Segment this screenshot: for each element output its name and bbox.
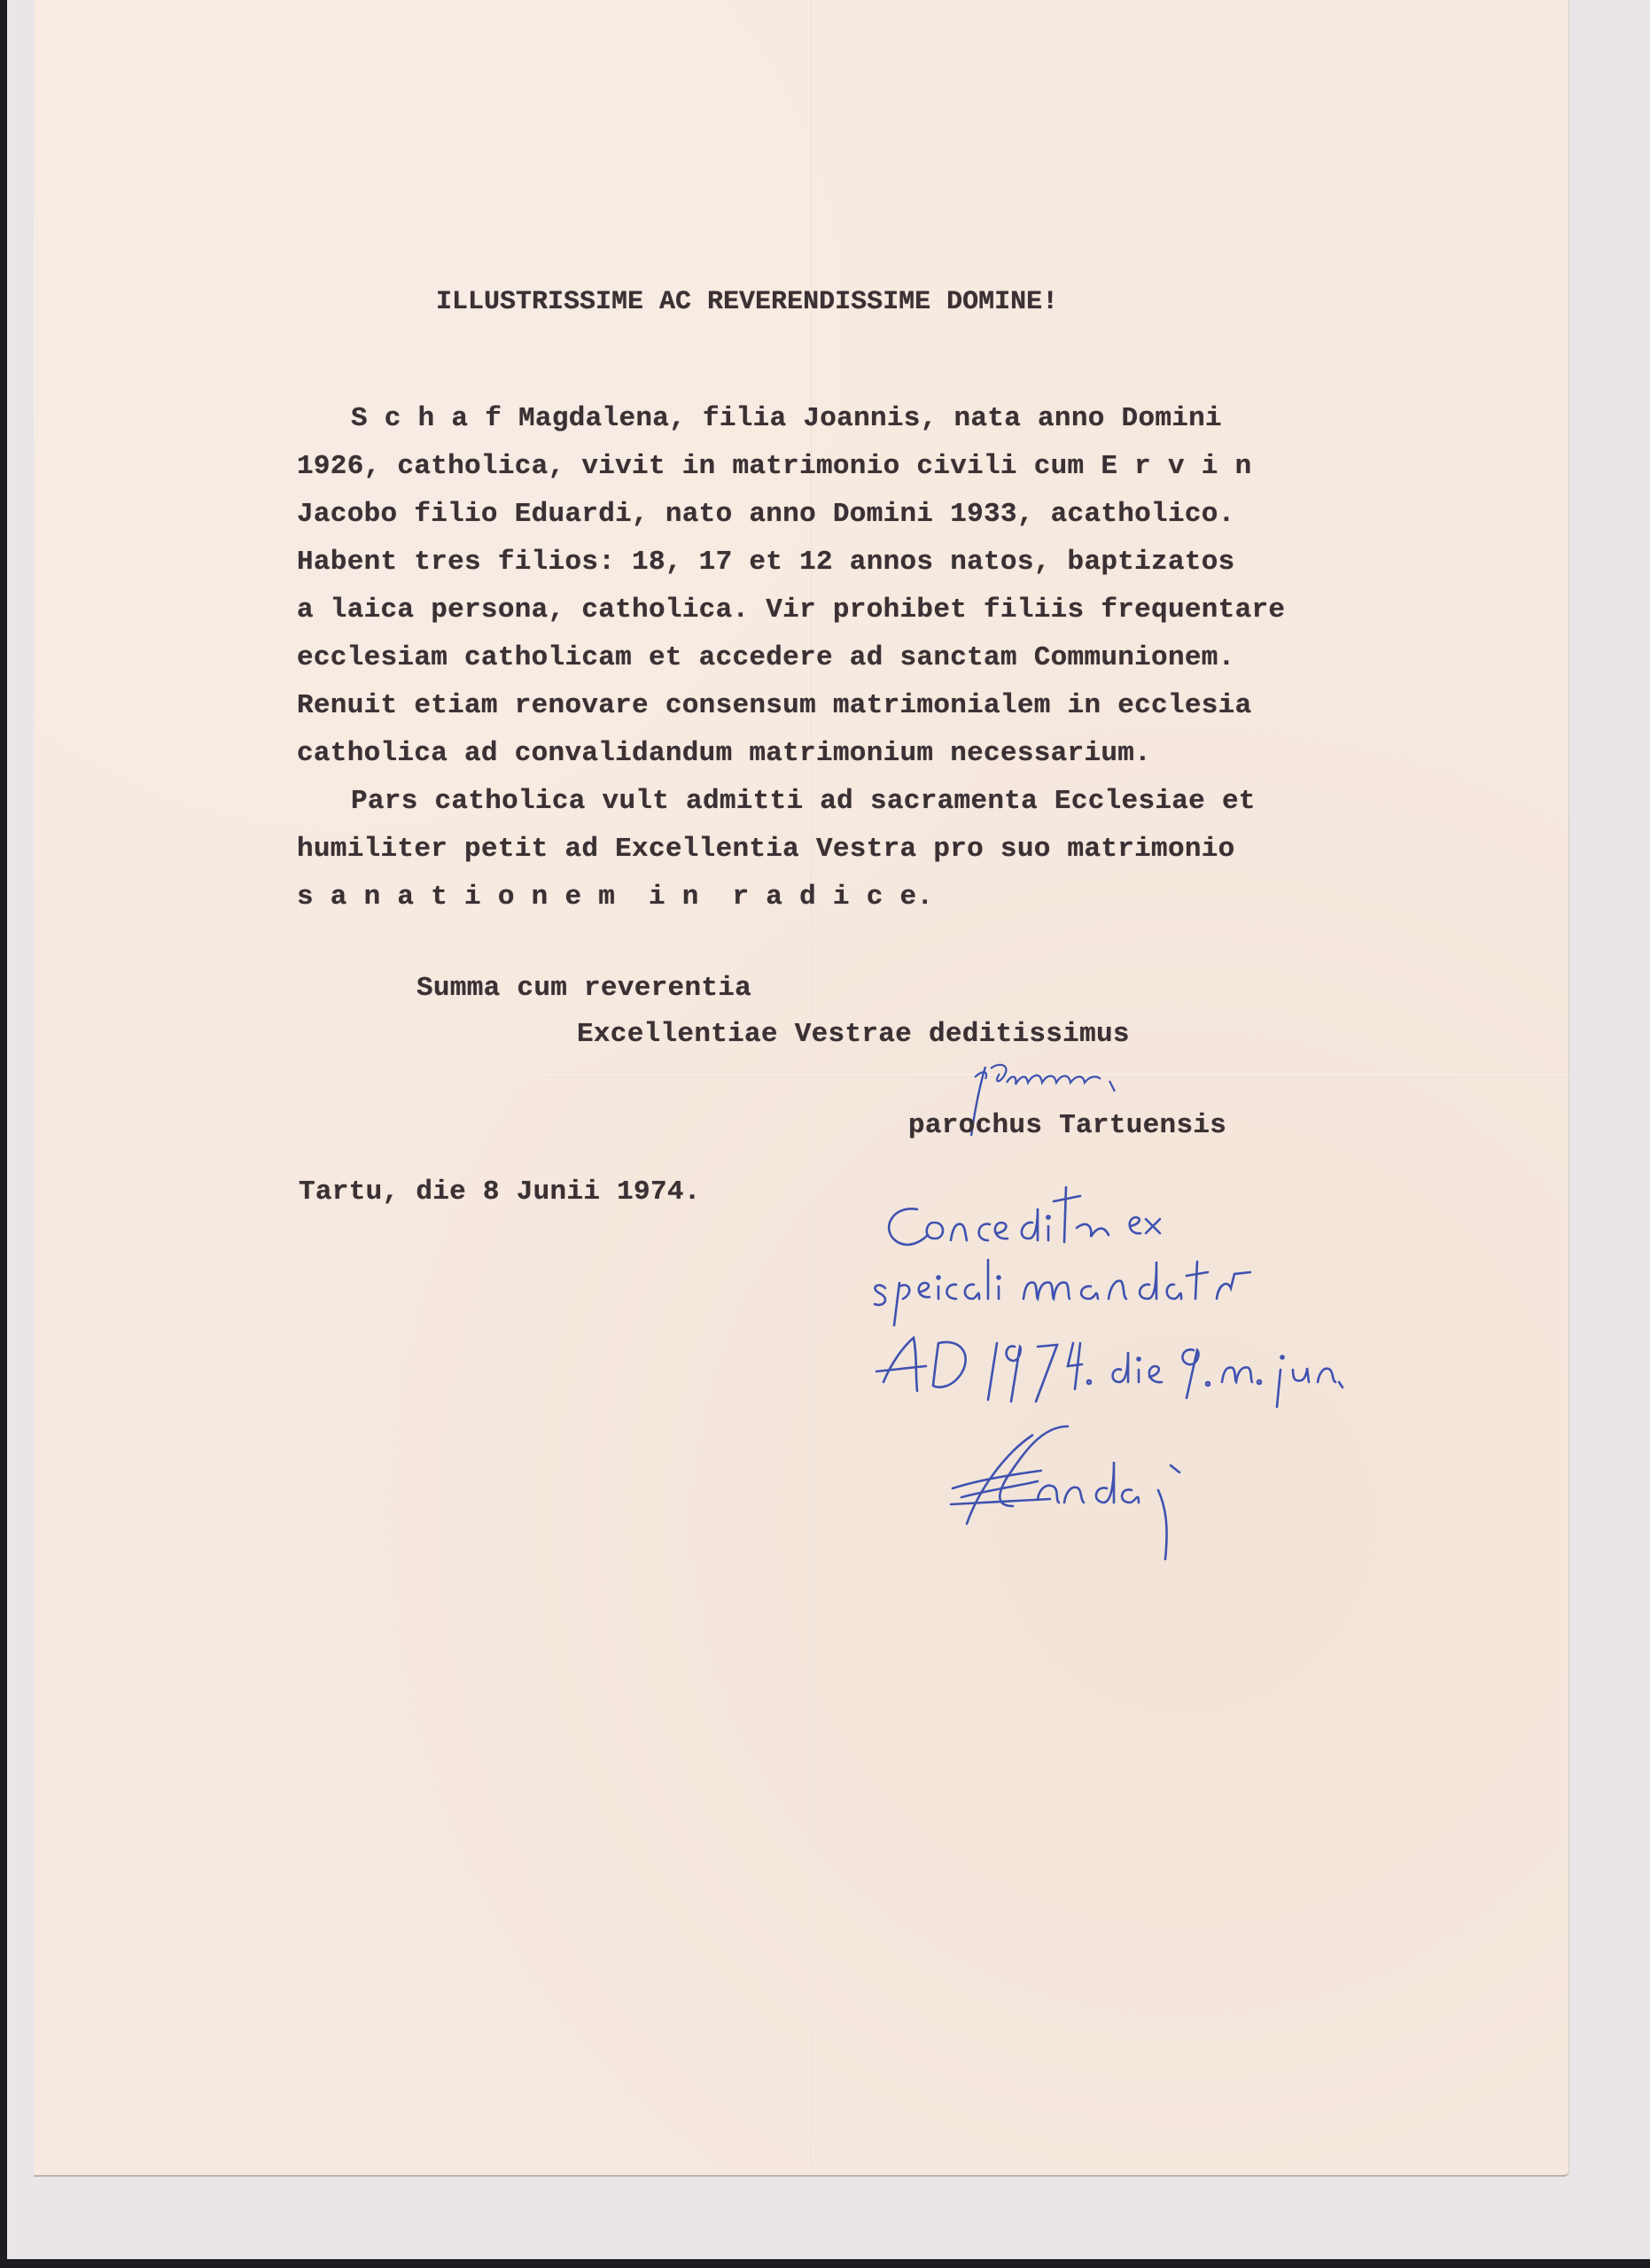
body-line: 1926, catholica, vivit in matrimonio civ… <box>297 453 1251 480</box>
fold-line-horizontal <box>34 1074 1568 1076</box>
place-date: Tartu, die 8 Junii 1974. <box>299 1178 701 1206</box>
handwritten-annotation-icon <box>864 1169 1502 1559</box>
body-line: ecclesiam catholicam et accedere ad sanc… <box>297 644 1235 672</box>
body-line: Pars catholica vult admitti ad sacrament… <box>351 788 1256 815</box>
body-line: s a n a t i o n e m i n r a d i c e. <box>297 883 933 911</box>
scanner-edge <box>0 0 7 2268</box>
sender-title: parochus Tartuensis <box>908 1112 1226 1139</box>
body-line: catholica ad convalidandum matrimonium n… <box>297 740 1151 767</box>
body-line: S c h a f Magdalena, filia Joannis, nata… <box>351 405 1222 432</box>
salutation-heading: ILLUSTRISSIME AC REVERENDISSIME DOMINE! <box>436 289 1058 315</box>
body-line: humiliter petit ad Excellentia Vestra pr… <box>297 835 1235 863</box>
handwritten-annotation <box>864 1169 1502 1559</box>
body-line: Renuit etiam renovare consensum matrimon… <box>297 692 1251 719</box>
body-line: Habent tres filios: 18, 17 et 12 annos n… <box>297 548 1235 576</box>
letter-page <box>34 0 1568 2177</box>
body-line: a laica persona, catholica. Vir prohibet… <box>297 596 1285 624</box>
closing-line: Summa cum reverentia <box>416 975 751 1002</box>
closing-line: Excellentiae Vestrae deditissimus <box>577 1021 1130 1048</box>
scanner-edge <box>0 2259 1650 2268</box>
fold-line-vertical <box>811 0 813 2175</box>
body-line: Jacobo filio Eduardi, nato anno Domini 1… <box>297 501 1235 528</box>
